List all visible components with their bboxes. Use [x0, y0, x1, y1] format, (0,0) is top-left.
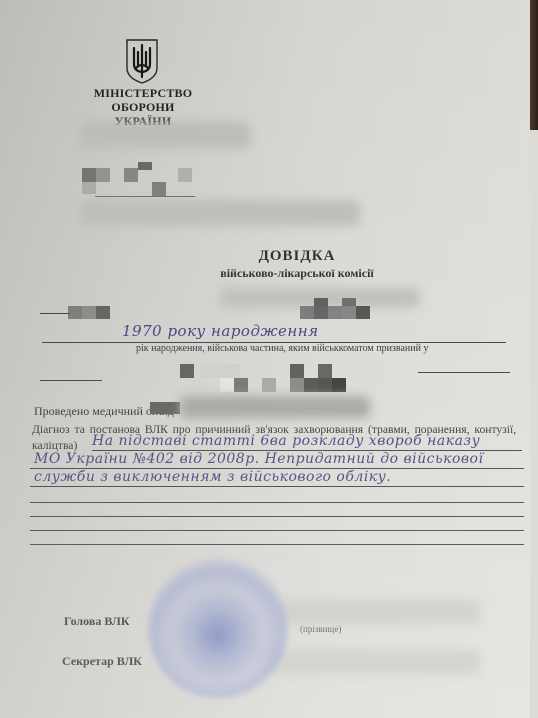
redacted-pixel [138, 162, 152, 170]
redacted-pixel [180, 364, 194, 378]
redacted-pixel [342, 298, 356, 306]
document-page: МІНІСТЕРСТВО ОБОРОНИ УКРАЇНИ ДОВІДКА вій… [0, 0, 530, 718]
redacted-pixel [200, 364, 240, 378]
redacted-block [80, 200, 360, 226]
redacted-pixel [68, 306, 82, 319]
redacted-block [280, 600, 480, 624]
birth-year-handwritten: 1970 року народження [122, 322, 319, 340]
field-line [30, 502, 524, 503]
redacted-pixel [342, 306, 356, 319]
redacted-pixel [124, 168, 138, 182]
diagnosis-handwritten-line: На підставі статті 6ва розкладу хвороб н… [92, 433, 480, 449]
field-line [418, 372, 510, 373]
redacted-pixel [290, 378, 304, 392]
redacted-pixel [178, 168, 192, 182]
redacted-pixel [318, 364, 332, 378]
redacted-block [80, 122, 250, 148]
birth-caption: рік народження, військова частина, яким … [136, 343, 428, 354]
redacted-block [270, 650, 480, 674]
redacted-pixel [96, 306, 110, 319]
redacted-pixel [314, 306, 328, 319]
document-title: ДОВІДКА [0, 248, 538, 265]
redacted-pixel [290, 364, 304, 378]
field-line [40, 380, 102, 381]
field-line [30, 486, 524, 487]
official-stamp [148, 558, 288, 698]
redacted-pixel [314, 298, 328, 306]
redacted-pixel [304, 378, 318, 392]
redacted-pixel [356, 306, 370, 319]
redacted-pixel [220, 378, 234, 392]
document-subtitle: військово-лікарської комісії [0, 266, 538, 281]
redacted-block [180, 396, 370, 418]
redacted-pixel [300, 306, 314, 319]
field-line [95, 196, 195, 197]
redacted-pixel [262, 378, 276, 392]
head-of-commission-label: Голова ВЛК [64, 614, 130, 629]
redacted-pixel [82, 306, 96, 319]
redacted-pixel [96, 168, 110, 182]
diagnosis-handwritten-line: МО України №402 від 2008р. Непридатний д… [34, 451, 483, 467]
redacted-pixel [82, 182, 96, 194]
redacted-pixel [82, 168, 96, 182]
redacted-pixel [332, 378, 346, 392]
redacted-pixel [318, 378, 332, 392]
field-line [40, 313, 70, 314]
trident-emblem-icon [124, 38, 160, 84]
field-line [30, 516, 524, 517]
table-edge [530, 0, 538, 130]
redacted-pixel [152, 182, 166, 196]
surname-hint: (прізвище) [300, 624, 341, 634]
field-line [92, 450, 522, 451]
redacted-pixel [150, 402, 180, 414]
secretary-label: Секретар ВЛК [62, 654, 142, 669]
redacted-pixel [234, 378, 248, 392]
redacted-pixel [328, 306, 342, 319]
field-line [30, 530, 524, 531]
field-line [30, 544, 524, 545]
diagnosis-handwritten-line: служби з виключенням з військового облік… [34, 469, 391, 485]
field-line [30, 468, 524, 469]
